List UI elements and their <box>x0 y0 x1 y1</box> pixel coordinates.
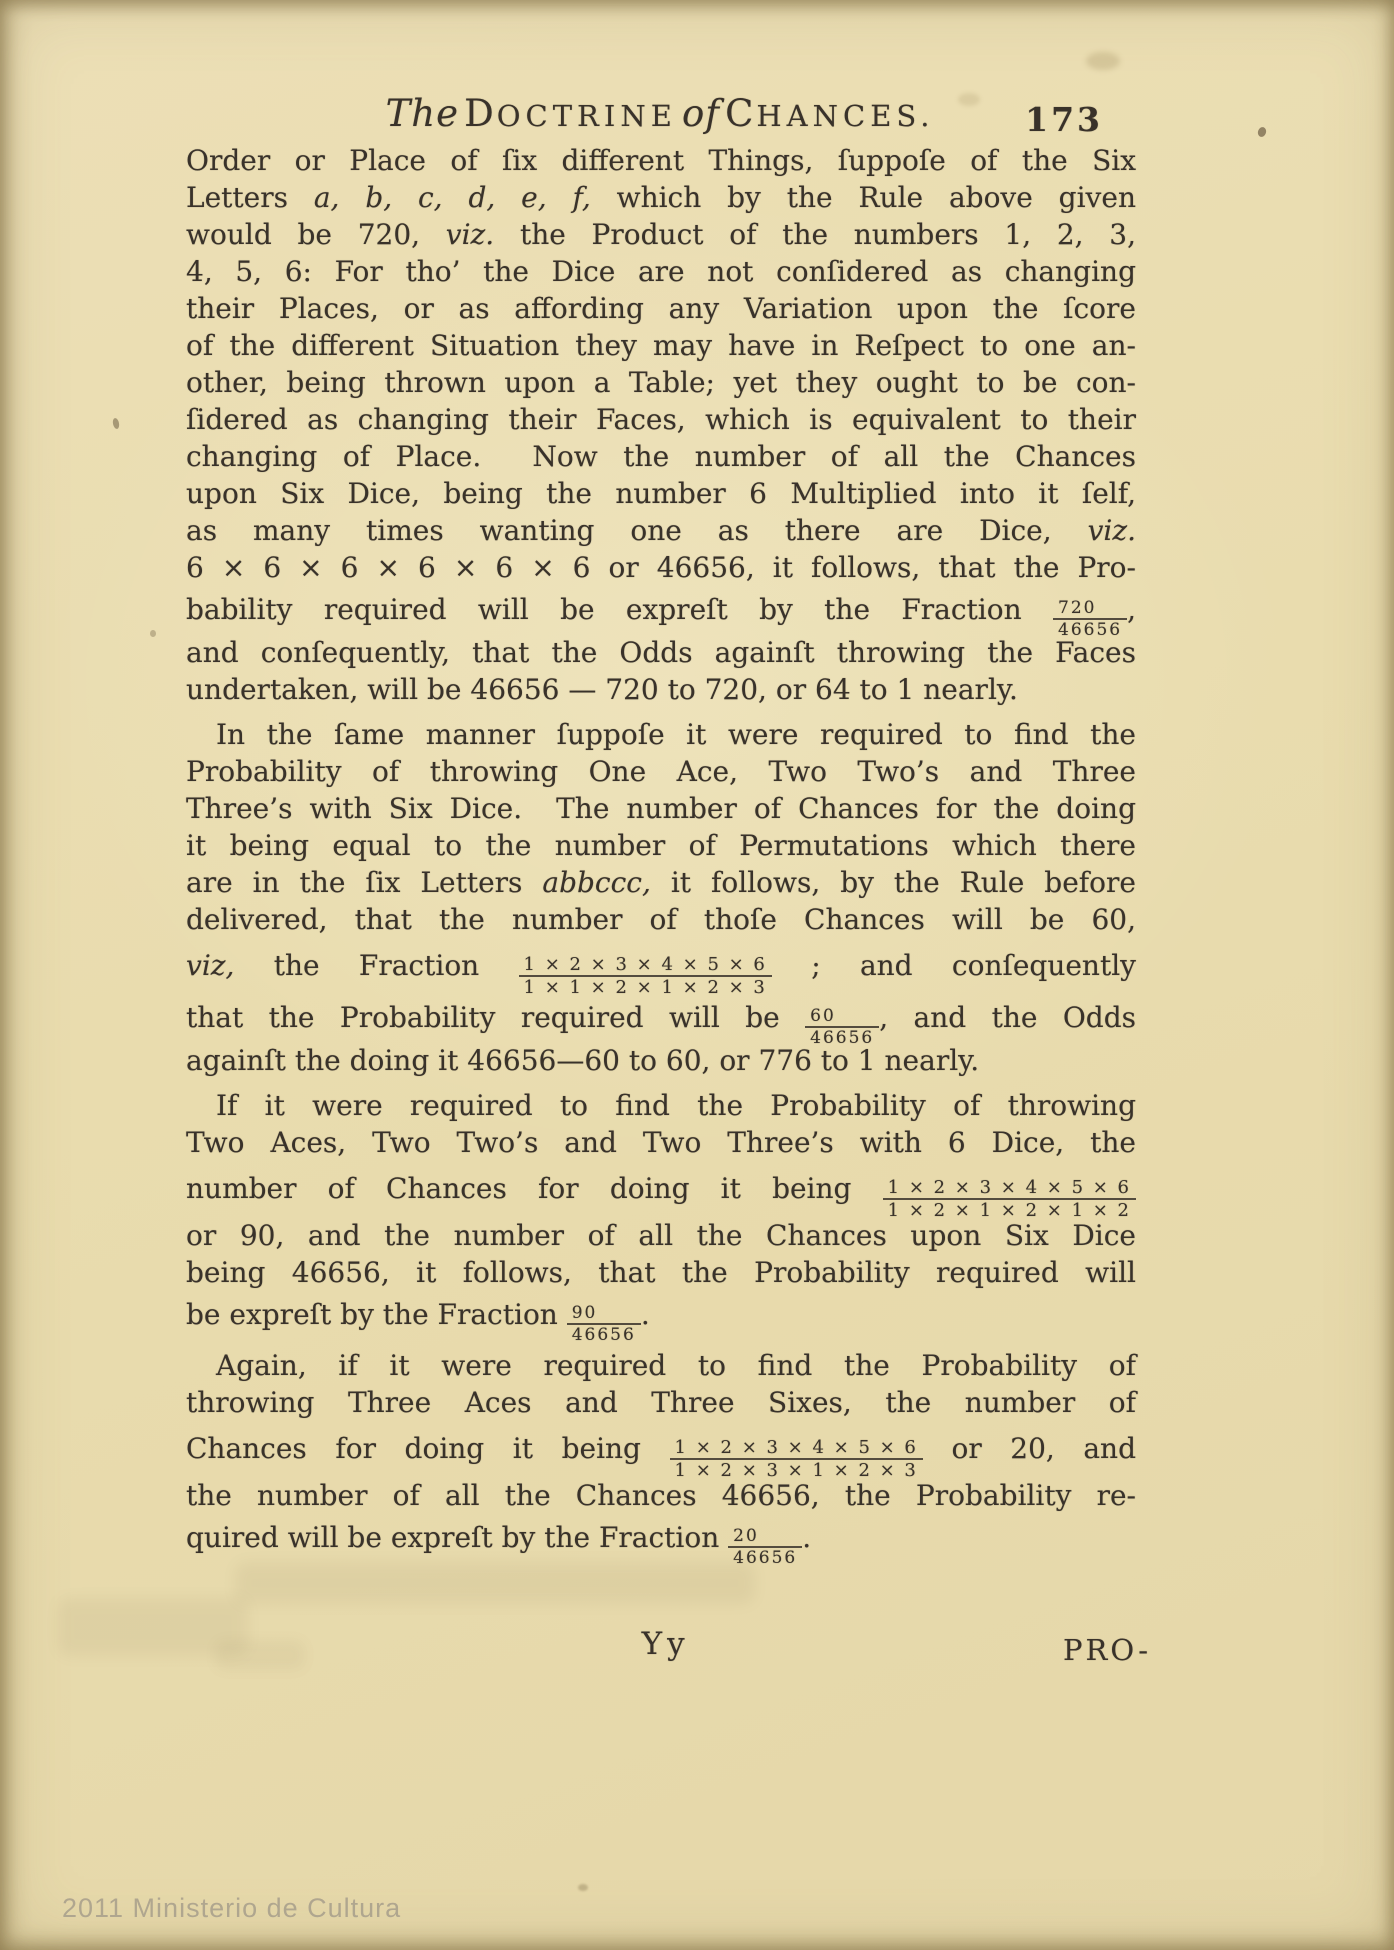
text-run: that the Probability required will be <box>186 1001 805 1034</box>
text-run: , and the Odds <box>879 1001 1136 1034</box>
text-run: Chances for doing it being <box>186 1432 670 1465</box>
signature-mark: Yy <box>642 1626 690 1662</box>
running-header: The DOCTRINE of CHANCES. 173 <box>185 92 1135 146</box>
fraction: 1 × 2 × 3 × 4 × 5 × 61 × 2 × 1 × 2 × 1 ×… <box>883 1178 1136 1221</box>
text-run: are in the ſix Letters <box>186 866 542 899</box>
text-line: the number of all the Chances 46656, the… <box>186 1477 1136 1514</box>
book-page: The DOCTRINE of CHANCES. 173 Order or Pl… <box>0 0 1394 1950</box>
catchword: PRO- <box>1063 1633 1151 1667</box>
text-line: quired will be expreſt by the Fraction 2… <box>186 1514 1136 1562</box>
text-line: that the Probability required will be 60… <box>186 994 1136 1042</box>
text-line: it being equal to the number of Permutat… <box>186 827 1136 864</box>
fraction-numerator: 720 <box>1053 599 1127 620</box>
text-run: which by the Rule above given <box>591 181 1136 214</box>
title-of: of <box>682 92 720 135</box>
text-run: Probability of throwing One Ace, Two Two… <box>186 755 1136 788</box>
text-line: Letters a, b, c, d, e, f, which by the R… <box>186 179 1136 216</box>
fraction-denominator: 46656 <box>728 1548 802 1567</box>
title-word1-rest: OCTRINE <box>497 99 677 133</box>
text-run: the number of all the Chances 46656, the… <box>186 1479 1136 1512</box>
title-word1-initial: D <box>464 92 497 135</box>
text-line: Chances for doing it being 1 × 2 × 3 × 4… <box>186 1421 1136 1477</box>
fraction: 9046656 <box>567 1304 641 1345</box>
paper-stain <box>112 417 120 429</box>
text-run: , <box>1127 593 1136 626</box>
text-line: are in the ſix Letters abbccc, it follow… <box>186 864 1136 901</box>
fraction-numerator: 1 × 2 × 3 × 4 × 5 × 6 <box>883 1178 1136 1200</box>
text-line: changing of Place. Now the number of all… <box>186 438 1136 475</box>
title-word2-initial: C <box>725 92 756 135</box>
text-line: If it were required to find the Probabil… <box>186 1087 1136 1124</box>
text-run: upon Six Dice, being the number 6 Multip… <box>186 477 1136 510</box>
fraction-denominator: 46656 <box>567 1325 641 1344</box>
text-line: their Places, or as affording any Variat… <box>186 290 1136 327</box>
fraction: 1 × 2 × 3 × 4 × 5 × 61 × 1 × 2 × 1 × 2 ×… <box>519 955 772 998</box>
text-run: changing of Place. Now the number of all… <box>186 440 1136 473</box>
fraction-numerator: 60 <box>805 1007 879 1028</box>
text-line: Three’s with Six Dice. The number of Cha… <box>186 790 1136 827</box>
text-run: . <box>802 1521 811 1554</box>
paper-stain <box>578 1884 588 1891</box>
text-line: upon Six Dice, being the number 6 Multip… <box>186 475 1136 512</box>
text-line: delivered, that the number of thoſe Chan… <box>186 901 1136 938</box>
fraction: 1 × 2 × 3 × 4 × 5 × 61 × 2 × 3 × 1 × 2 ×… <box>670 1438 923 1481</box>
fraction: 2046656 <box>728 1527 802 1568</box>
text-line: would be 720, viz. the Product of the nu… <box>186 216 1136 253</box>
page-footer: Yy PRO- <box>185 1626 1151 1676</box>
text-run: number of Chances for doing it being <box>186 1172 883 1205</box>
text-line: Order or Place of ſix different Things, … <box>186 142 1136 179</box>
paragraph: Again, if it were required to find the P… <box>186 1347 1136 1562</box>
text-line: or 90, and the number of all the Chances… <box>186 1217 1136 1254</box>
fraction-numerator: 1 × 2 × 3 × 4 × 5 × 6 <box>519 955 772 977</box>
text-run: it being equal to the number of Permutat… <box>186 829 1136 862</box>
text-run: as many times wanting one as there are D… <box>186 514 1088 547</box>
title-the: The <box>386 92 459 135</box>
text-run: againſt the doing it 46656—60 to 60, or … <box>186 1044 979 1077</box>
text-line: undertaken, will be 46656 — 720 to 720, … <box>186 671 1136 708</box>
text-run: other, being thrown upon a Table; yet th… <box>186 366 1136 399</box>
italic-run: a, b, c, d, e, f, <box>314 181 591 214</box>
watermark: 2011 Ministerio de Cultura <box>62 1893 401 1924</box>
text-run: Order or Place of ſix different Things, … <box>186 144 1136 177</box>
text-run: or 90, and the number of all the Chances… <box>186 1219 1136 1252</box>
fraction-numerator: 90 <box>567 1304 641 1325</box>
text-run: 6 × 6 × 6 × 6 × 6 × 6 or 46656, it follo… <box>186 551 1136 584</box>
fraction-numerator: 20 <box>728 1527 802 1548</box>
text-run: quired will be expreſt by the Fraction <box>186 1521 728 1554</box>
text-line: as many times wanting one as there are D… <box>186 512 1136 549</box>
text-line: Two Aces, Two Two’s and Two Three’s with… <box>186 1124 1136 1161</box>
title-word2-rest: HANCES. <box>756 99 934 133</box>
text-line: Again, if it were required to find the P… <box>186 1347 1136 1384</box>
text-line: number of Chances for doing it being 1 ×… <box>186 1161 1136 1217</box>
paper-stain <box>1257 126 1268 138</box>
text-run: throwing Three Aces and Three Sixes, the… <box>186 1386 1136 1419</box>
text-line: other, being thrown upon a Table; yet th… <box>186 364 1136 401</box>
text-run: Letters <box>186 181 314 214</box>
page-number: 173 <box>1025 100 1103 139</box>
text-line: throwing Three Aces and Three Sixes, the… <box>186 1384 1136 1421</box>
text-line: 4, 5, 6: For tho’ the Dice are not conſi… <box>186 253 1136 290</box>
text-run: ; and conſequently <box>772 949 1136 982</box>
text-line: ſidered as changing their Faces, which i… <box>186 401 1136 438</box>
paragraph: If it were required to find the Probabil… <box>186 1087 1136 1339</box>
text-run: . <box>641 1298 650 1331</box>
text-run: of the different Situation they may have… <box>186 329 1136 362</box>
text-run: Again, if it were required to find the P… <box>216 1349 1136 1382</box>
text-run: and conſequently, that the Odds againſt … <box>186 636 1136 669</box>
text-run: If it were required to find the Probabil… <box>216 1089 1136 1122</box>
text-run: bability required will be expreſt by the… <box>186 593 1053 626</box>
text-line: In the ſame manner ſuppoſe it were requi… <box>186 716 1136 753</box>
text-run: 4, 5, 6: For tho’ the Dice are not conſi… <box>186 255 1136 288</box>
paragraph: Order or Place of ſix different Things, … <box>186 142 1136 708</box>
text-line: 6 × 6 × 6 × 6 × 6 × 6 or 46656, it follo… <box>186 549 1136 586</box>
text-run: delivered, that the number of thoſe Chan… <box>186 903 1136 936</box>
text-run: be expreſt by the Fraction <box>186 1298 567 1331</box>
paper-stain <box>1086 52 1120 70</box>
text-line: viz, the Fraction 1 × 2 × 3 × 4 × 5 × 61… <box>186 938 1136 994</box>
text-run: ſidered as changing their Faces, which i… <box>186 403 1136 436</box>
text-run: being 46656, it follows, that the Probab… <box>186 1256 1136 1289</box>
text-run: Two Aces, Two Two’s and Two Three’s with… <box>186 1126 1136 1159</box>
fraction-numerator: 1 × 2 × 3 × 4 × 5 × 6 <box>670 1438 923 1460</box>
text-run: or 20, and <box>923 1432 1136 1465</box>
italic-run: viz. <box>446 218 494 251</box>
italic-run: viz, <box>186 949 234 982</box>
paper-stain <box>150 630 156 637</box>
italic-run: abbccc, <box>542 866 651 899</box>
text-run: the Product of the numbers 1, 2, 3, <box>494 218 1136 251</box>
text-line: bability required will be expreſt by the… <box>186 586 1136 634</box>
italic-run: viz. <box>1088 514 1136 547</box>
text-run: it follows, by the Rule before <box>651 866 1136 899</box>
text-run: undertaken, will be 46656 — 720 to 720, … <box>186 673 1018 706</box>
text-line: being 46656, it follows, that the Probab… <box>186 1254 1136 1291</box>
text-line: of the different Situation they may have… <box>186 327 1136 364</box>
text-line: againſt the doing it 46656—60 to 60, or … <box>186 1042 1136 1079</box>
page-title: The DOCTRINE of CHANCES. <box>185 92 1135 135</box>
text-run: would be 720, <box>186 218 446 251</box>
text-line: Probability of throwing One Ace, Two Two… <box>186 753 1136 790</box>
paragraph: In the ſame manner ſuppoſe it were requi… <box>186 716 1136 1079</box>
text-line: be expreſt by the Fraction 9046656. <box>186 1291 1136 1339</box>
text-run: Three’s with Six Dice. The number of Cha… <box>186 792 1136 825</box>
text-run: their Places, or as affording any Variat… <box>186 292 1136 325</box>
text-run: In the ſame manner ſuppoſe it were requi… <box>216 718 1136 751</box>
text-line: and conſequently, that the Odds againſt … <box>186 634 1136 671</box>
text-run: the Fraction <box>234 949 518 982</box>
page-body: Order or Place of ſix different Things, … <box>186 142 1136 1570</box>
